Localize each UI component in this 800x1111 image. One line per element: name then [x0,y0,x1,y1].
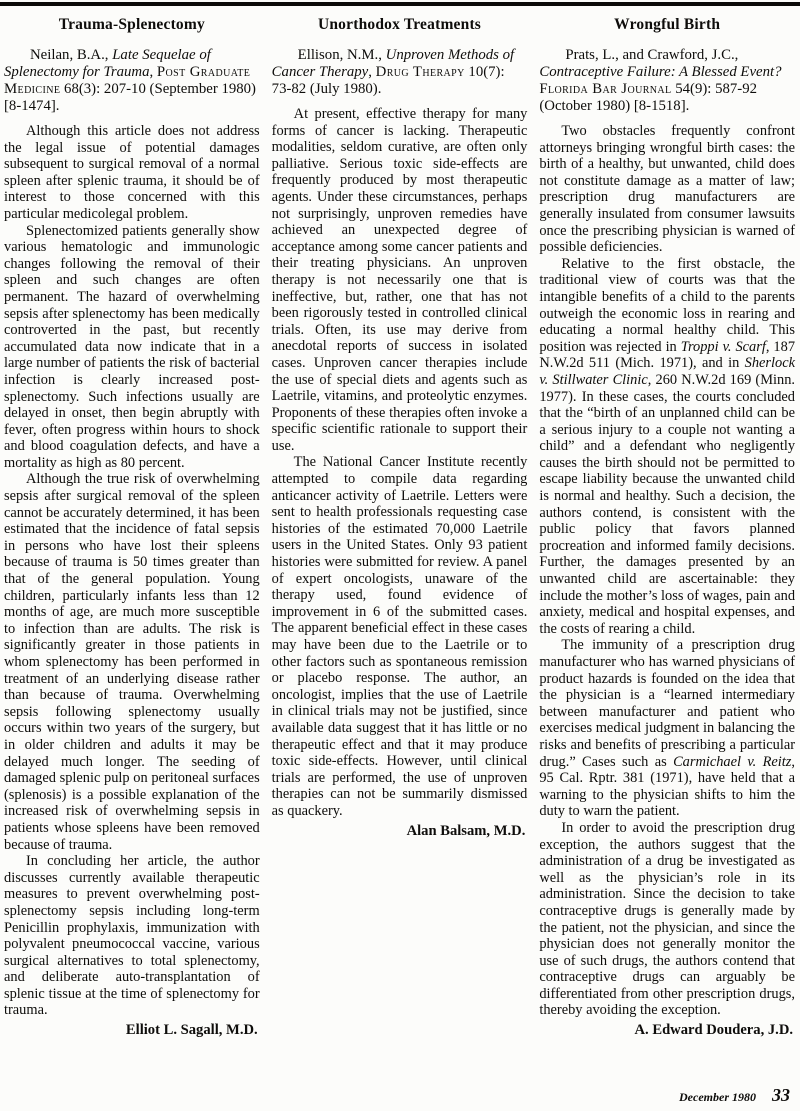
text-run: , [368,64,375,80]
text-run: Contraceptive Failure: A Blessed Event? [539,64,781,80]
paragraph: The immunity of a prescription drug manu… [539,637,795,820]
article-wrongful-birth: Wrongful Birth Prats, L., and Crawford, … [539,16,795,1039]
paragraph: Relative to the first obstacle, the trad… [539,256,795,638]
article-heading: Wrongful Birth [539,16,795,34]
text-run: In concluding her article, the author di… [4,853,260,1018]
text-run: Troppi v. Scarf [681,339,766,355]
paragraph: In concluding her article, the author di… [4,853,260,1019]
text-run: Splenectomized patients generally show v… [4,223,260,471]
text-run: The immunity of a prescription drug manu… [539,637,795,769]
article-body: Two obstacles frequently confront attorn… [539,123,795,1019]
paragraph: Although this article does not address t… [4,123,260,223]
article-unorthodox-treatments: Unorthodox Treatments Ellison, N.M., Unp… [272,16,528,1039]
paragraph: Although the true risk of overwhelming s… [4,471,260,853]
text-run: Neilan, B.A., [30,47,112,63]
text-run: Prats, L., and Crawford, J.C., [565,47,738,63]
article-signature: Elliot L. Sagall, M.D. [4,1022,260,1039]
top-rule-divider [0,2,800,6]
paragraph: In order to avoid the prescription drug … [539,820,795,1019]
article-citation: Ellison, N.M., Unproven Methods of Cance… [272,47,528,98]
text-run: Two obstacles frequently confront attorn… [539,123,795,255]
text-run: Florida Bar Journal [539,81,671,97]
footer-page-number: 33 [772,1085,790,1106]
text-run: In order to avoid the prescription drug … [539,820,795,1019]
text-run: At present, effective therapy for many f… [272,106,528,454]
page-footer: December 1980 33 [679,1085,790,1106]
text-run: , 260 N.W.2d 169 (Minn. 1977). In these … [539,372,795,637]
article-body: At present, effective therapy for many f… [272,106,528,820]
text-run: The National Cancer Institute recently a… [272,454,528,818]
text-run: Although the true risk of overwhelming s… [4,471,260,852]
footer-issue-date: December 1980 [679,1090,756,1105]
article-signature: A. Edward Doudera, J.D. [539,1022,795,1039]
paragraph: The National Cancer Institute recently a… [272,454,528,819]
text-run: Drug Therapy [376,64,465,80]
journal-abstracts-page: Trauma-Splenectomy Neilan, B.A., Late Se… [0,0,800,1111]
article-citation: Prats, L., and Crawford, J.C., Contracep… [539,47,795,115]
article-trauma-splenectomy: Trauma-Splenectomy Neilan, B.A., Late Se… [4,16,260,1039]
article-body: Although this article does not address t… [4,123,260,1019]
text-run: , [150,64,157,80]
article-heading: Unorthodox Treatments [272,16,528,34]
text-run: Ellison, N.M., [298,47,386,63]
paragraph: At present, effective therapy for many f… [272,106,528,454]
text-run: Although this article does not address t… [4,123,260,222]
article-heading: Trauma-Splenectomy [4,16,260,34]
article-signature: Alan Balsam, M.D. [272,823,528,840]
three-column-layout: Trauma-Splenectomy Neilan, B.A., Late Se… [4,10,795,1039]
text-run: Carmichael v. Reitz [673,754,791,770]
article-citation: Neilan, B.A., Late Sequelae of Splenecto… [4,47,260,115]
paragraph: Splenectomized patients generally show v… [4,223,260,472]
paragraph: Two obstacles frequently confront attorn… [539,123,795,256]
